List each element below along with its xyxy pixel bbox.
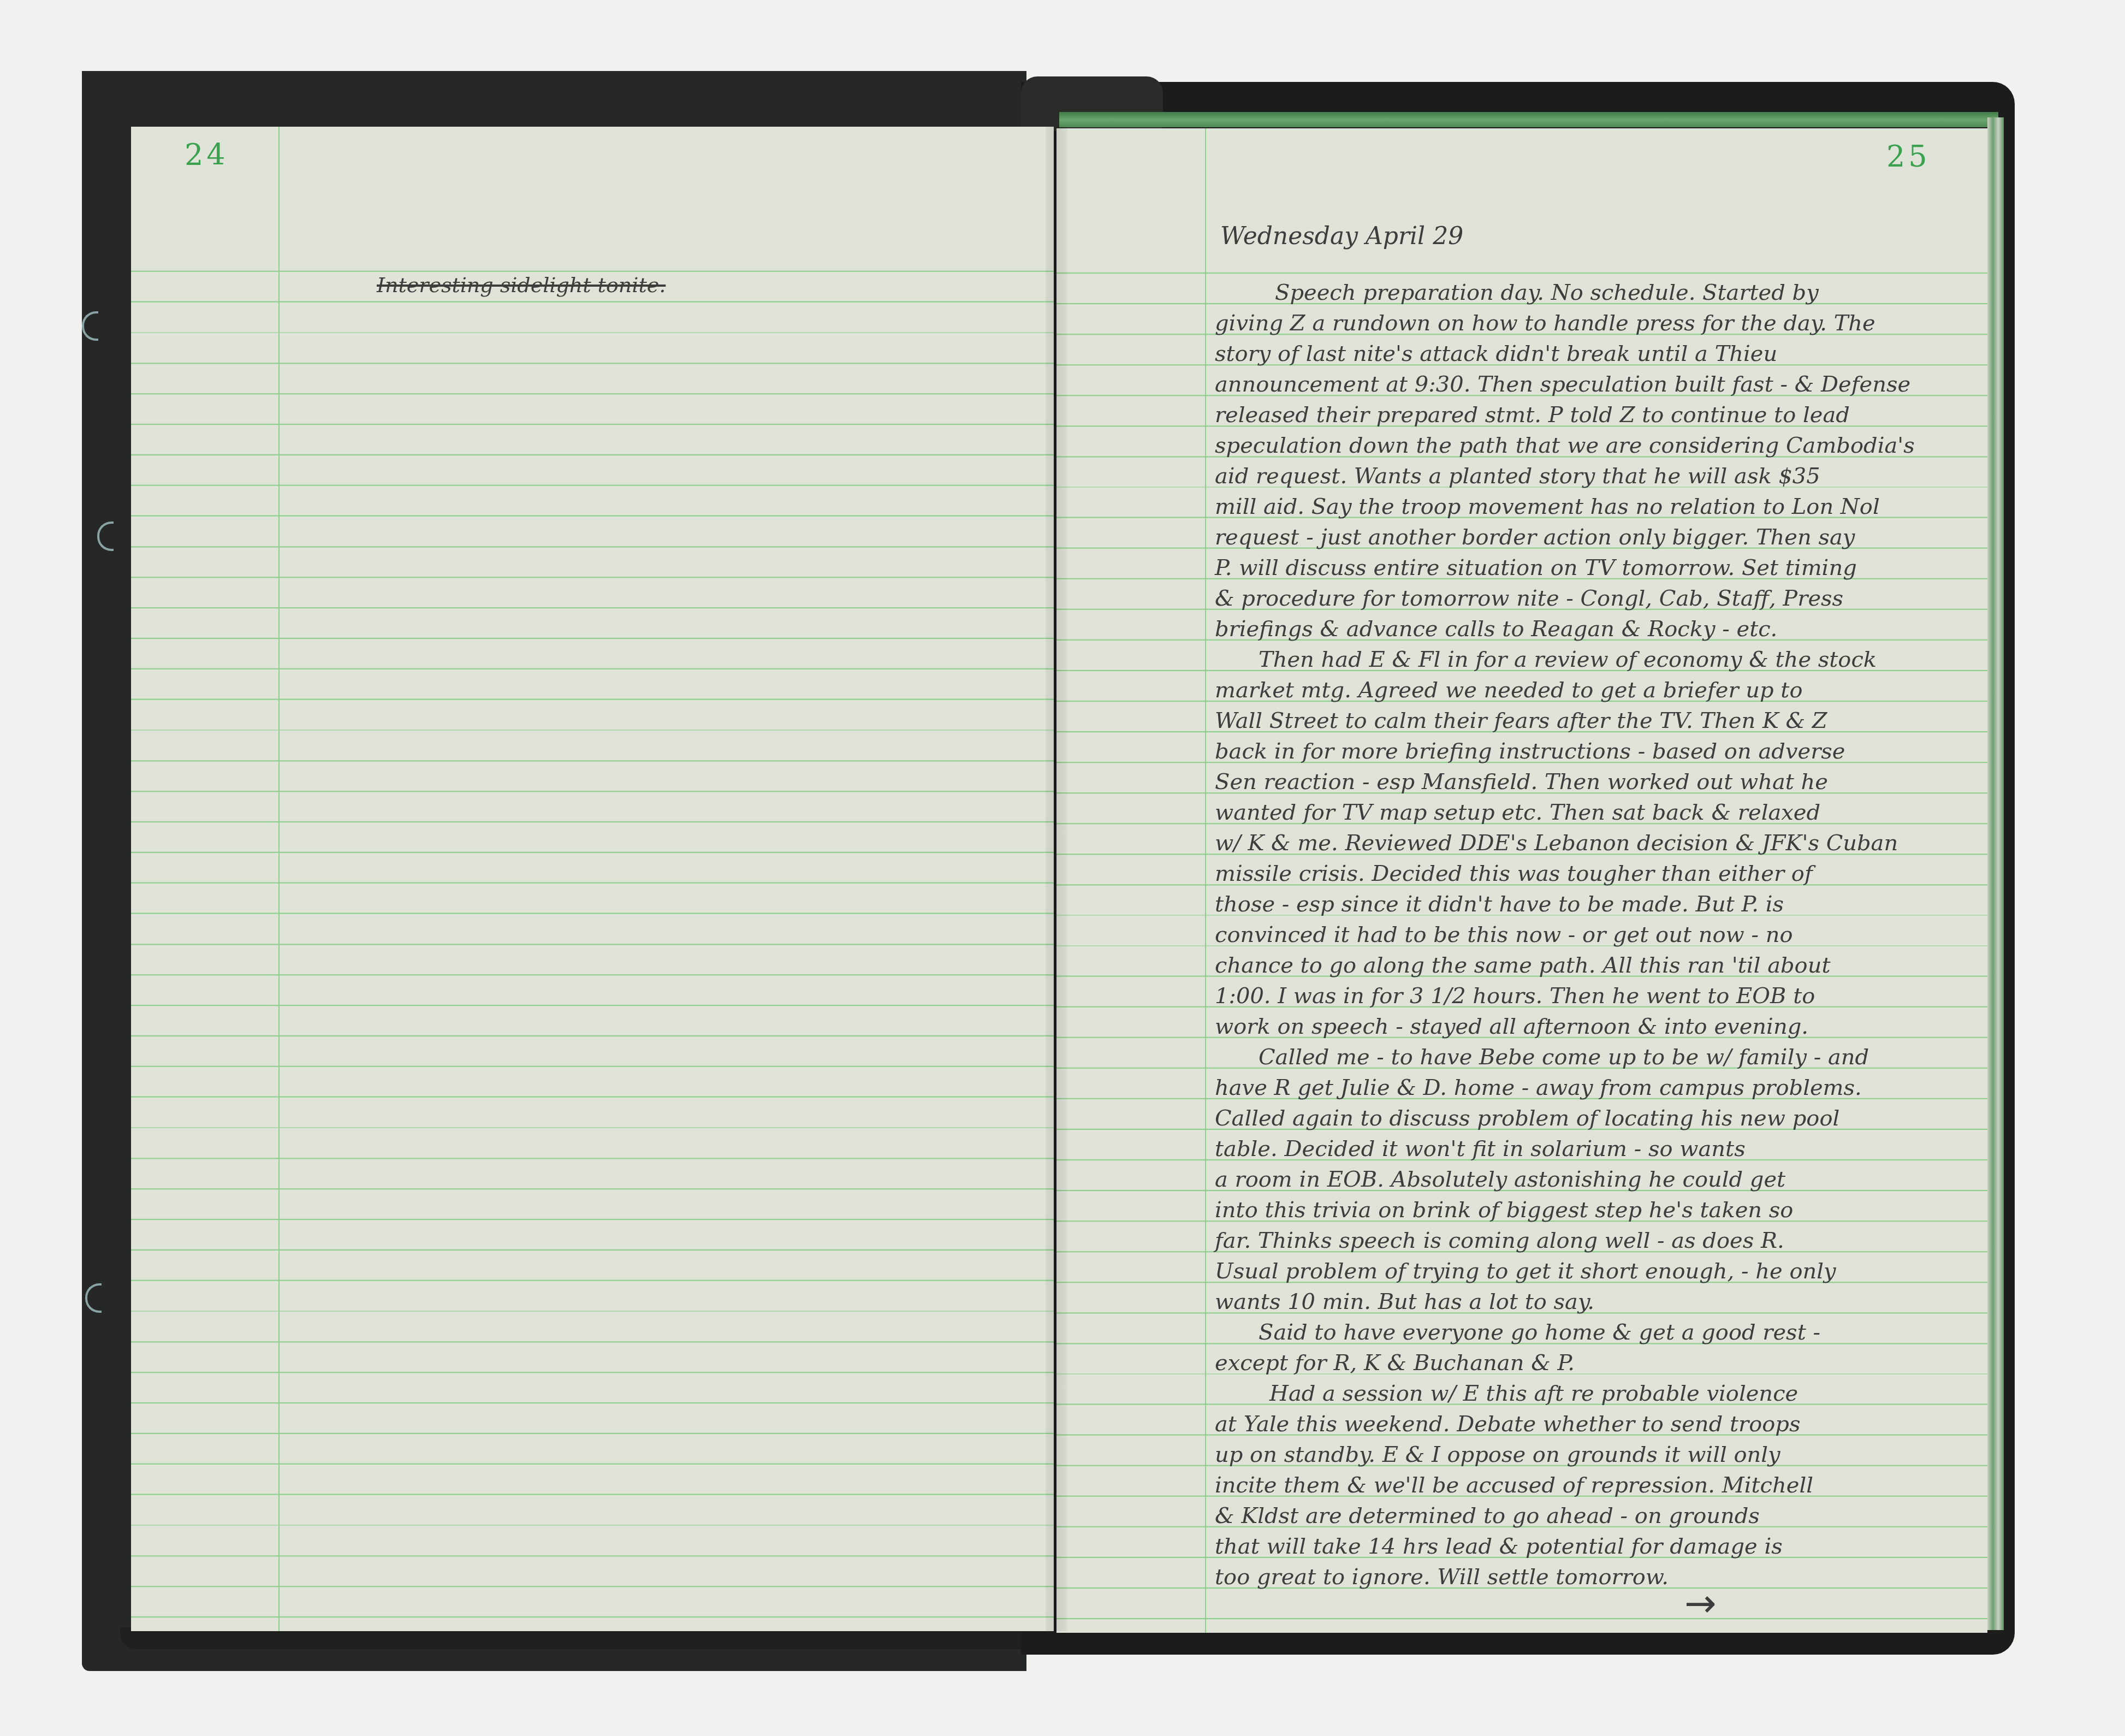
entry-line: & Kldst are determined to go ahead - on …	[1215, 1501, 1915, 1531]
entry-line: released their prepared stmt. P told Z t…	[1215, 400, 1915, 430]
continuation-arrow-icon: →	[1684, 1581, 1717, 1626]
gutter-shadow	[1046, 127, 1067, 1631]
entry-line: aid request. Wants a planted story that …	[1215, 461, 1915, 491]
entry-line: Said to have everyone go home & get a go…	[1215, 1317, 1915, 1348]
diary-entry: Speech preparation day. No schedule. Sta…	[1215, 277, 1915, 1592]
entry-line: too great to ignore. Will settle tomorro…	[1215, 1562, 1915, 1592]
entry-line: back in for more briefing instructions -…	[1215, 736, 1915, 767]
right-page: 25 Wednesday April 29 Speech preparation…	[1056, 128, 1987, 1633]
struck-note: Interesting sidelight tonite.	[377, 270, 666, 300]
entry-line: chance to go along the same path. All th…	[1215, 950, 1915, 981]
entry-line: a room in EOB. Absolutely astonishing he…	[1215, 1164, 1915, 1195]
entry-line: 1:00. I was in for 3 1/2 hours. Then he …	[1215, 981, 1915, 1011]
entry-line: up on standby. E & I oppose on grounds i…	[1215, 1439, 1915, 1470]
entry-line: incite them & we'll be accused of repres…	[1215, 1470, 1915, 1501]
entry-line: speculation down the path that we are co…	[1215, 430, 1915, 461]
entry-line: briefings & advance calls to Reagan & Ro…	[1215, 614, 1915, 644]
entry-line: Wall Street to calm their fears after th…	[1215, 706, 1915, 736]
entry-line: P. will discuss entire situation on TV t…	[1215, 553, 1915, 583]
header-area	[131, 127, 1054, 241]
entry-line: market mtg. Agreed we needed to get a br…	[1215, 675, 1915, 706]
entry-line: giving Z a rundown on how to handle pres…	[1215, 308, 1915, 339]
entry-line: request - just another border action onl…	[1215, 522, 1915, 553]
page-number-right: 25	[1886, 139, 1931, 174]
entry-line: w/ K & me. Reviewed DDE's Lebanon decisi…	[1215, 828, 1915, 858]
page-edges-top	[1059, 112, 1998, 127]
entry-line: mill aid. Say the troop movement has no …	[1215, 491, 1915, 522]
entry-line: have R get Julie & D. home - away from c…	[1215, 1073, 1915, 1103]
entry-line: at Yale this weekend. Debate whether to …	[1215, 1409, 1915, 1439]
entry-line: Then had E & Fl in for a review of econo…	[1215, 644, 1915, 675]
entry-line: except for R, K & Buchanan & P.	[1215, 1348, 1915, 1378]
entry-line: announcement at 9:30. Then speculation b…	[1215, 369, 1915, 400]
entry-line: Called again to discuss problem of locat…	[1215, 1103, 1915, 1134]
entry-line: table. Decided it won't fit in solarium …	[1215, 1134, 1915, 1164]
entry-line: Had a session w/ E this aft re probable …	[1215, 1378, 1915, 1409]
margin-line	[278, 127, 280, 1631]
page-number-left: 24	[185, 138, 229, 172]
entry-line: convinced it had to be this now - or get…	[1215, 920, 1915, 950]
entry-line: Speech preparation day. No schedule. Sta…	[1215, 277, 1915, 308]
entry-line: Sen reaction - esp Mansfield. Then worke…	[1215, 767, 1915, 797]
entry-line: missile crisis. Decided this was tougher…	[1215, 858, 1915, 889]
page-ruling	[131, 127, 1054, 1631]
margin-line	[1205, 128, 1206, 1633]
entry-line: wanted for TV map setup etc. Then sat ba…	[1215, 797, 1915, 828]
entry-line: far. Thinks speech is coming along well …	[1215, 1225, 1915, 1256]
left-page: 24 Interesting sidelight tonite.	[131, 127, 1054, 1631]
entry-line: wants 10 min. But has a lot to say.	[1215, 1287, 1915, 1317]
header-area	[1056, 128, 1987, 243]
entry-line: work on speech - stayed all afternoon & …	[1215, 1011, 1915, 1042]
page-edges-right	[1987, 117, 2004, 1630]
entry-line: & procedure for tomorrow nite - Congl, C…	[1215, 583, 1915, 614]
date-heading: Wednesday April 29	[1220, 221, 1463, 252]
entry-line: Usual problem of trying to get it short …	[1215, 1256, 1915, 1287]
entry-line: into this trivia on brink of biggest ste…	[1215, 1195, 1915, 1225]
entry-line: story of last nite's attack didn't break…	[1215, 339, 1915, 369]
entry-line: that will take 14 hrs lead & potential f…	[1215, 1531, 1915, 1562]
entry-line: those - esp since it didn't have to be m…	[1215, 889, 1915, 920]
entry-line: Called me - to have Bebe come up to be w…	[1215, 1042, 1915, 1073]
